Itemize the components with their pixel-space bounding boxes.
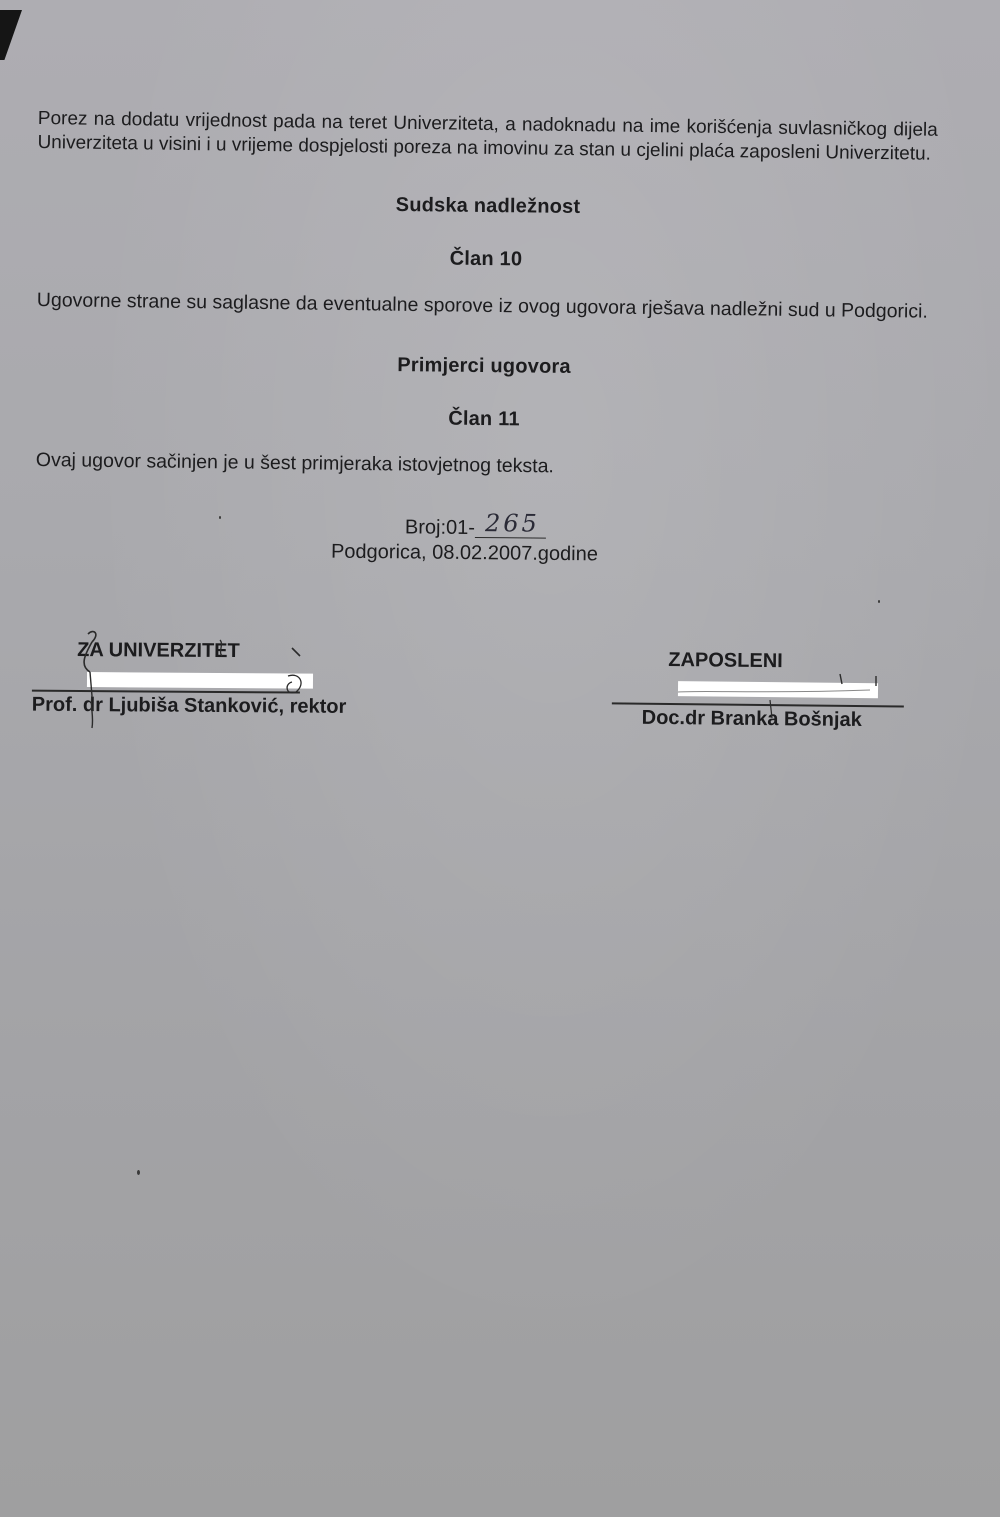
- signatory-org-employee: ZAPOSLENI: [668, 649, 912, 675]
- reference-number: Broj:01-265: [405, 511, 546, 541]
- corner-clip-mark: [0, 10, 22, 60]
- signature-line: [32, 690, 300, 694]
- paper-speck: [878, 600, 880, 603]
- article-11-title: Član 11: [0, 403, 984, 436]
- redacted-signature: [87, 672, 313, 689]
- reference-label: Broj:01-: [405, 516, 475, 539]
- signatory-name-employee: Doc.dr Branka Bošnjak: [642, 707, 912, 733]
- paper-speck: [219, 516, 221, 519]
- paper-background: [0, 0, 1000, 1517]
- signatory-name-rector: Prof. dr Ljubiša Stanković, rektor: [32, 694, 412, 720]
- article-10-title: Član 10: [0, 243, 986, 276]
- signature-block-employee: ZAPOSLENI Doc.dr Branka Bošnjak: [612, 648, 913, 732]
- handwritten-reference-number: 265: [475, 509, 546, 539]
- article-10-text: Ugovorne strane su saglasne da eventualn…: [37, 288, 931, 325]
- heading-jurisdiction: Sudska nadležnost: [0, 190, 988, 223]
- signature-block-university: ZA UNIVERZITET Prof. dr Ljubiša Stankovi…: [32, 639, 413, 720]
- heading-copies: Primjerci ugovora: [0, 350, 984, 383]
- paragraph-vat: Porez na dodatu vrijednost pada na teret…: [37, 107, 938, 167]
- signatory-org-university: ZA UNIVERZITET: [77, 639, 412, 664]
- redacted-signature: [678, 681, 878, 698]
- paper-speck: [137, 1170, 140, 1175]
- article-11-text: Ovaj ugovor sačinjen je u šest primjerak…: [36, 448, 936, 484]
- place-and-date: Podgorica, 08.02.2007.godine: [331, 541, 598, 567]
